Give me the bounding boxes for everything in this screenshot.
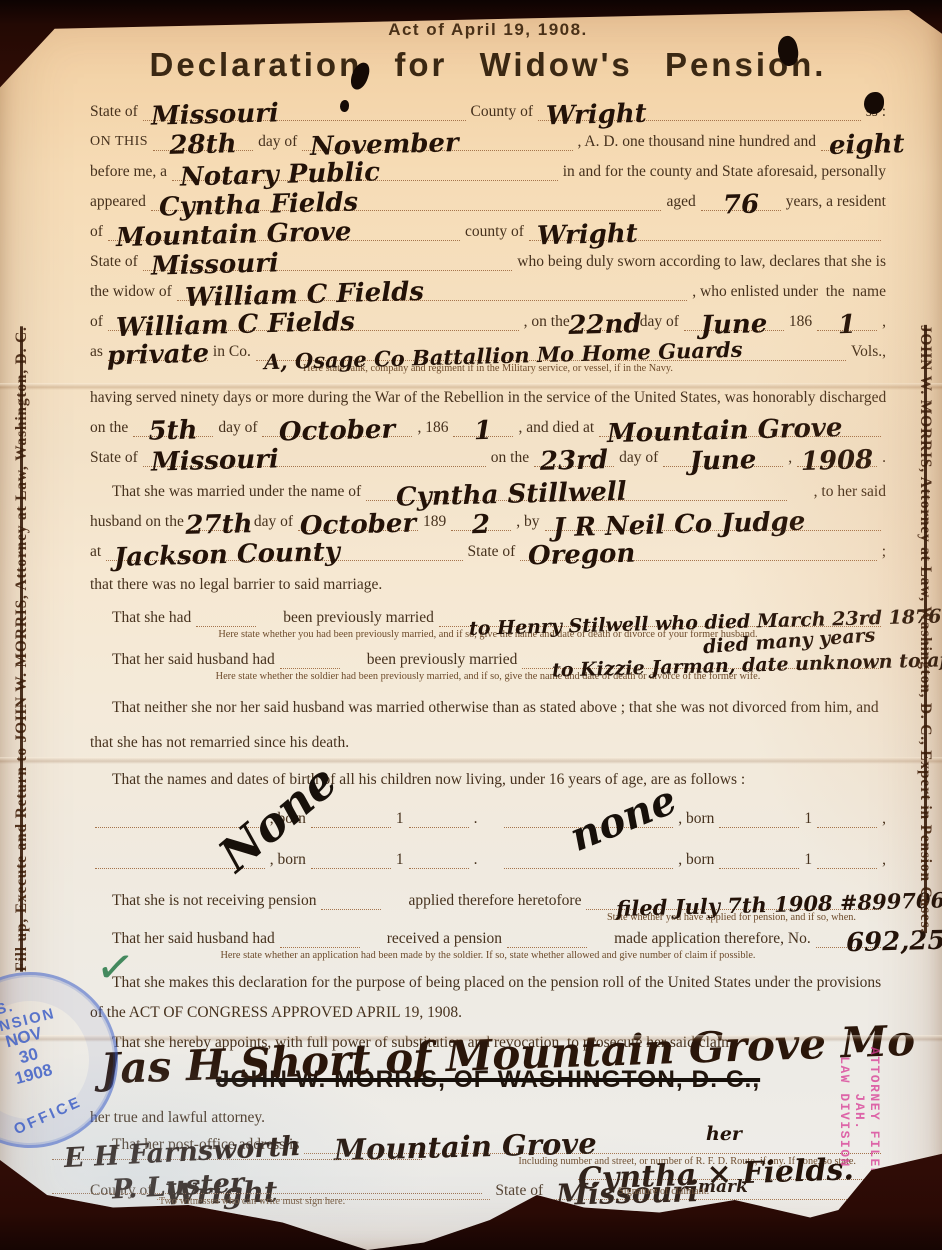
line-widow-of: the widow of William C Fields , who enli…	[90, 282, 886, 301]
line-prev-married-she: That she had been previously married to …	[90, 608, 886, 627]
blank-state: Missouri	[143, 104, 466, 121]
label-she-had: That she had	[90, 608, 191, 627]
label-born-4: , born	[678, 850, 714, 869]
label-county-of-2: county of	[465, 222, 524, 241]
blank-hus-pension-1	[280, 931, 360, 948]
label-vols: Vols.,	[851, 342, 886, 361]
label-on-the: , on the	[524, 312, 570, 331]
line-marriage-date: husband on the 27th day of October 189 2…	[90, 512, 886, 531]
label-appeared: appeared	[90, 192, 146, 211]
blank-child-year-3	[409, 852, 469, 869]
hw-maiden-name: Cyntha Stillwell	[374, 483, 627, 508]
label-186: 186	[789, 312, 812, 331]
hw-filed: filed July 7th 1908 #899706	[594, 894, 942, 918]
label-died-at: , and died at	[518, 418, 594, 437]
label-resident: years, a resident	[786, 192, 886, 211]
label-comma-r1: ,	[882, 809, 886, 828]
hw-age: 76	[722, 195, 759, 214]
label-day-of-3: day of	[218, 418, 257, 437]
label-one-2: 1	[804, 809, 812, 828]
hw-enlist-month: June	[700, 315, 767, 335]
attorney-stamp-text: ATTORNEY FILED JAH. LAW DIVISION	[837, 1032, 882, 1192]
blank-death-month: June	[663, 450, 783, 467]
note-claimant: Signature of claimant.	[618, 1186, 709, 1197]
page-title: Declaration for Widow's Pension.	[90, 46, 886, 84]
line-enlist-name: of William C Fields , on the 22nd day of…	[90, 312, 886, 331]
label-made-application: made application therefore, No.	[592, 929, 811, 948]
blank-age: 76	[701, 194, 781, 211]
label-in-and-for: in and for the county and State aforesai…	[563, 162, 886, 181]
hw-marriage-year: 2	[472, 516, 491, 535]
ink-speck	[340, 100, 349, 112]
label-on-the-3: on the	[491, 448, 529, 467]
hw-discharge-year: 1	[474, 422, 493, 441]
label-period: .	[882, 448, 886, 467]
hw-soldier-name: William C Fields	[185, 283, 424, 307]
line-neither: That neither she nor her said husband wa…	[90, 698, 886, 717]
label-on-the-2: on the	[90, 418, 128, 437]
blank-year: eight	[821, 134, 881, 151]
label-county-of: County of	[471, 102, 533, 121]
blank-discharge-day: 5th	[133, 420, 213, 437]
blank-enlist-year: 1	[817, 314, 877, 331]
blank-officiant: J R Neil Co Judge	[545, 514, 881, 531]
blank-claimant-name: Cyntha Fields	[151, 194, 662, 211]
line-declaration-1: That she makes this declaration for the …	[90, 973, 886, 992]
label-ad-year: , A. D. one thousand nine hundred and	[578, 132, 817, 151]
blank-death-place: Mountain Grove	[599, 420, 881, 437]
label-by: , by	[516, 512, 539, 531]
blank-prev-hus	[280, 652, 340, 669]
blank-county-2: Wright	[529, 224, 881, 241]
stamp-arc-bottom: OFFICE	[11, 1093, 85, 1138]
label-state-of-5: State of	[495, 1181, 543, 1200]
label-one-1: 1	[396, 809, 404, 828]
label-of-2: of	[90, 312, 103, 331]
line-appeared: appeared Cyntha Fields aged 76 years, a …	[90, 192, 886, 211]
hw-discharge-day: 5th	[149, 421, 198, 440]
line-lawful: her true and lawful attorney.	[90, 1108, 886, 1127]
line-rank: as private in Co. A, Osage Co Battallion…	[90, 342, 886, 361]
line-remarried: that she has not remarried since his dea…	[90, 733, 886, 752]
blank-maiden-name: Cyntha Stillwell	[366, 484, 786, 501]
blank-marriage-state: Oregon	[520, 544, 876, 561]
label-state-of-4: State of	[468, 542, 516, 561]
label-189: 189	[423, 512, 446, 531]
label-in-co: in Co.	[213, 342, 251, 361]
text-remarried: that she has not remarried since his dea…	[90, 733, 349, 752]
text-lawful: her true and lawful attorney.	[90, 1108, 265, 1127]
hw-town: Mountain Grove	[116, 223, 352, 247]
hw-day: 28th	[169, 135, 237, 155]
label-before-me: before me, a	[90, 162, 167, 181]
label-comma: ,	[882, 312, 886, 331]
margin-note-right: JOHN W. MORRIS, Attorney at Law, Washing…	[916, 134, 934, 1124]
line-discharge: on the 5th day of October , 186 1 , and …	[90, 418, 886, 437]
hw-marriage-month: October	[300, 514, 417, 535]
blank-marriage-day: 27th	[189, 514, 249, 531]
text-barrier: that there was no legal barrier to said …	[90, 575, 382, 594]
label-aged: aged	[666, 192, 695, 211]
attorney-block: JOHN W. MORRIS, OF WASHINGTON, D. C., Ja…	[90, 1066, 886, 1100]
hw-month: November	[310, 134, 459, 156]
blank-month: November	[302, 134, 572, 151]
hw-discharge-month: October	[279, 420, 396, 441]
hw-county: Wright	[546, 104, 647, 125]
witness-signatures: E H Farnsworth P. Luster Two witnesses w…	[52, 1126, 482, 1207]
blank-pension	[321, 893, 381, 910]
label-sworn: who being duly sworn according to law, d…	[517, 252, 886, 271]
hw-officer: Notary Public	[180, 163, 380, 186]
blank-marriage-month: October	[298, 514, 418, 531]
label-husband-on: husband on the	[90, 512, 184, 531]
label-one-3: 1	[396, 850, 404, 869]
text-served: having served ninety days or more during…	[90, 388, 886, 407]
blank-prev-she	[196, 610, 256, 627]
line-married-name: That she was married under the name of C…	[90, 482, 886, 501]
blank-company: A, Osage Co Battallion Mo Home Guards	[256, 344, 846, 361]
label-semicolon: ;	[882, 542, 886, 561]
line-residence: of Mountain Grove county of Wright	[90, 222, 886, 241]
label-one-4: 1	[804, 850, 812, 869]
paper-hole	[864, 92, 884, 114]
blank-death-year: 1908	[797, 450, 877, 467]
blank-officer: Notary Public	[172, 164, 558, 181]
hw-enlist-year: 1	[838, 316, 857, 335]
blank-county: Wright	[538, 104, 861, 121]
text-appoints: That she hereby appoints, with full powe…	[90, 1033, 737, 1052]
label-of: of	[90, 222, 103, 241]
blank-discharge-month: October	[262, 420, 412, 437]
blank-child-year-1	[409, 811, 469, 828]
blank-discharge-year: 1	[453, 420, 513, 437]
hw-enlist-name: William C Fields	[116, 313, 355, 337]
line-barrier: that there was no legal barrier to said …	[90, 575, 886, 594]
line-death-date: State of Missouri on the 23rd day of Jun…	[90, 448, 886, 467]
label-prev-married-2: been previously married	[345, 650, 518, 669]
label-state-of: State of	[90, 102, 138, 121]
blank-applied-detail: filed July 7th 1908 #899706	[586, 893, 881, 910]
blank-hus-pension-2	[507, 931, 587, 948]
line-appoints: That she hereby appoints, with full powe…	[90, 1033, 886, 1052]
label-comma-r2: ,	[882, 850, 886, 869]
attorney-stamp-line1: ATTORNEY FILED	[867, 1032, 882, 1192]
label-husband-had: That her said husband had	[90, 650, 275, 669]
label-received-pension: received a pension	[365, 929, 502, 948]
hw-state: Missouri	[151, 104, 279, 126]
blank-rank: private	[108, 344, 208, 361]
line-prev-married-husband: That her said husband had been previousl…	[90, 650, 886, 669]
label-dot-1: .	[474, 809, 478, 828]
green-check-mark: ✓	[92, 938, 138, 997]
line-marriage-place: at Jackson County State of Oregon ;	[90, 542, 886, 561]
blank-child-year-2	[817, 811, 877, 828]
label-born-2: , born	[678, 809, 714, 828]
blank-marriage-place: Jackson County	[106, 544, 462, 561]
label-dot-2: .	[474, 850, 478, 869]
label-applied: applied therefore heretofore	[386, 891, 581, 910]
children-row-2: , born 1 . , born 1 ,	[90, 850, 886, 869]
hw-death-state: Missouri	[151, 450, 279, 472]
line-state-county: State of Missouri County of Wright ss :	[90, 102, 886, 121]
label-to-her-said: , to her said	[792, 482, 886, 501]
label-enlisted-under: , who enlisted under the name	[692, 282, 886, 301]
blank-soldier-name: William C Fields	[177, 284, 688, 301]
act-heading: Act of April 19, 1908.	[90, 8, 886, 40]
children-row-1: , born 1 . , born 1 ,	[90, 809, 886, 828]
label-married-under: That she was married under the name of	[90, 482, 361, 501]
blank-enlist-day: 22nd	[575, 314, 635, 331]
label-state-of-2: State of	[90, 252, 138, 271]
hw-year: eight	[829, 135, 905, 155]
line-declaration-2: of the ACT OF CONGRESS APPROVED APRIL 19…	[90, 1003, 886, 1022]
note-husband-pension: Here state whether an application had be…	[90, 950, 886, 961]
line-before-me: before me, a Notary Public in and for th…	[90, 162, 886, 181]
line-state-sworn: State of Missouri who being duly sworn a…	[90, 252, 886, 271]
hw-state-2: Missouri	[151, 254, 279, 276]
attorney-stamp-line2: JAH.	[852, 1032, 867, 1192]
hw-county-2: Wright	[537, 224, 638, 245]
blank-town: Mountain Grove	[108, 224, 460, 241]
hw-witness-2: P. Luster	[112, 1175, 245, 1201]
blank-claim-no: 692,258	[816, 931, 881, 948]
hw-death-month: June	[690, 451, 757, 471]
label-day-of-5: day of	[254, 512, 293, 531]
label-on-this: ON THIS	[90, 132, 148, 151]
blank-prev-she-detail: to Henry Stilwell who died March 23rd 18…	[439, 610, 881, 627]
paper-sheet: Act of April 19, 1908. Declaration for W…	[0, 0, 942, 1250]
line-husband-pension: That her said husband had received a pen…	[90, 929, 886, 948]
blank-enlist-month: June	[684, 314, 784, 331]
label-at: at	[90, 542, 101, 561]
hw-rank: private	[107, 344, 210, 365]
line-pension: That she is not receiving pension applie…	[90, 891, 886, 910]
hw-death-day: 23rd	[540, 451, 609, 471]
hw-death-year: 1908	[801, 451, 874, 471]
blank-death-day: 23rd	[534, 450, 614, 467]
blank-child-date-3	[311, 852, 391, 869]
hw-officiant: J R Neil Co Judge	[552, 513, 805, 538]
label-186-2: , 186	[417, 418, 448, 437]
attorney-stamp-line3: LAW DIVISION	[837, 1032, 852, 1192]
label-state-of-3: State of	[90, 448, 138, 467]
hw-claimant-name: Cyntha Fields	[159, 193, 359, 216]
text-declaration-1: That she makes this declaration for the …	[90, 973, 881, 992]
hw-enlist-day: 22nd	[568, 315, 642, 335]
attorney-name-struck: JOHN W. MORRIS, OF WASHINGTON, D. C.,	[216, 1066, 760, 1093]
hw-marriage-state: Oregon	[528, 544, 636, 565]
witness-line-2: P. Luster	[52, 1160, 482, 1194]
blank-state-2: Missouri	[143, 254, 512, 271]
label-as: as	[90, 342, 103, 361]
scanned-pension-declaration: Act of April 19, 1908. Declaration for W…	[0, 0, 942, 1250]
blank-child-date-2	[719, 811, 799, 828]
text-declaration-2: of the ACT OF CONGRESS APPROVED APRIL 19…	[90, 1003, 462, 1022]
label-prev-married: been previously married	[261, 608, 434, 627]
blank-marriage-year: 2	[451, 514, 511, 531]
line-served: having served ninety days or more during…	[90, 388, 886, 407]
blank-day: 28th	[153, 134, 253, 151]
blank-death-state: Missouri	[143, 450, 486, 467]
label-day-of-4: day of	[619, 448, 658, 467]
blank-enlist-name: William C Fields	[108, 314, 519, 331]
text-neither: That neither she nor her said husband wa…	[90, 698, 879, 717]
label-day-of: day of	[258, 132, 297, 151]
label-widow-of: the widow of	[90, 282, 172, 301]
blank-child-date-4	[719, 852, 799, 869]
hw-marriage-day: 27th	[185, 515, 253, 535]
witness-line-1: E H Farnsworth	[52, 1126, 422, 1160]
children-grid: , born 1 . , born 1 , , born 1	[90, 809, 886, 869]
label-comma-2: ,	[788, 448, 792, 467]
hw-her: her	[706, 1128, 742, 1141]
line-children-intro: That the names and dates of birth of all…	[90, 770, 886, 789]
hw-death-place: Mountain Grove	[607, 419, 843, 443]
hw-marriage-place: Jackson County	[114, 543, 340, 567]
form-content: Act of April 19, 1908. Declaration for W…	[90, 8, 886, 1200]
line-on-this: ON THIS 28th day of November , A. D. one…	[90, 132, 886, 151]
blank-child-year-4	[817, 852, 877, 869]
label-not-receiving: That she is not receiving pension	[90, 891, 316, 910]
label-day-of-2: day of	[640, 312, 679, 331]
